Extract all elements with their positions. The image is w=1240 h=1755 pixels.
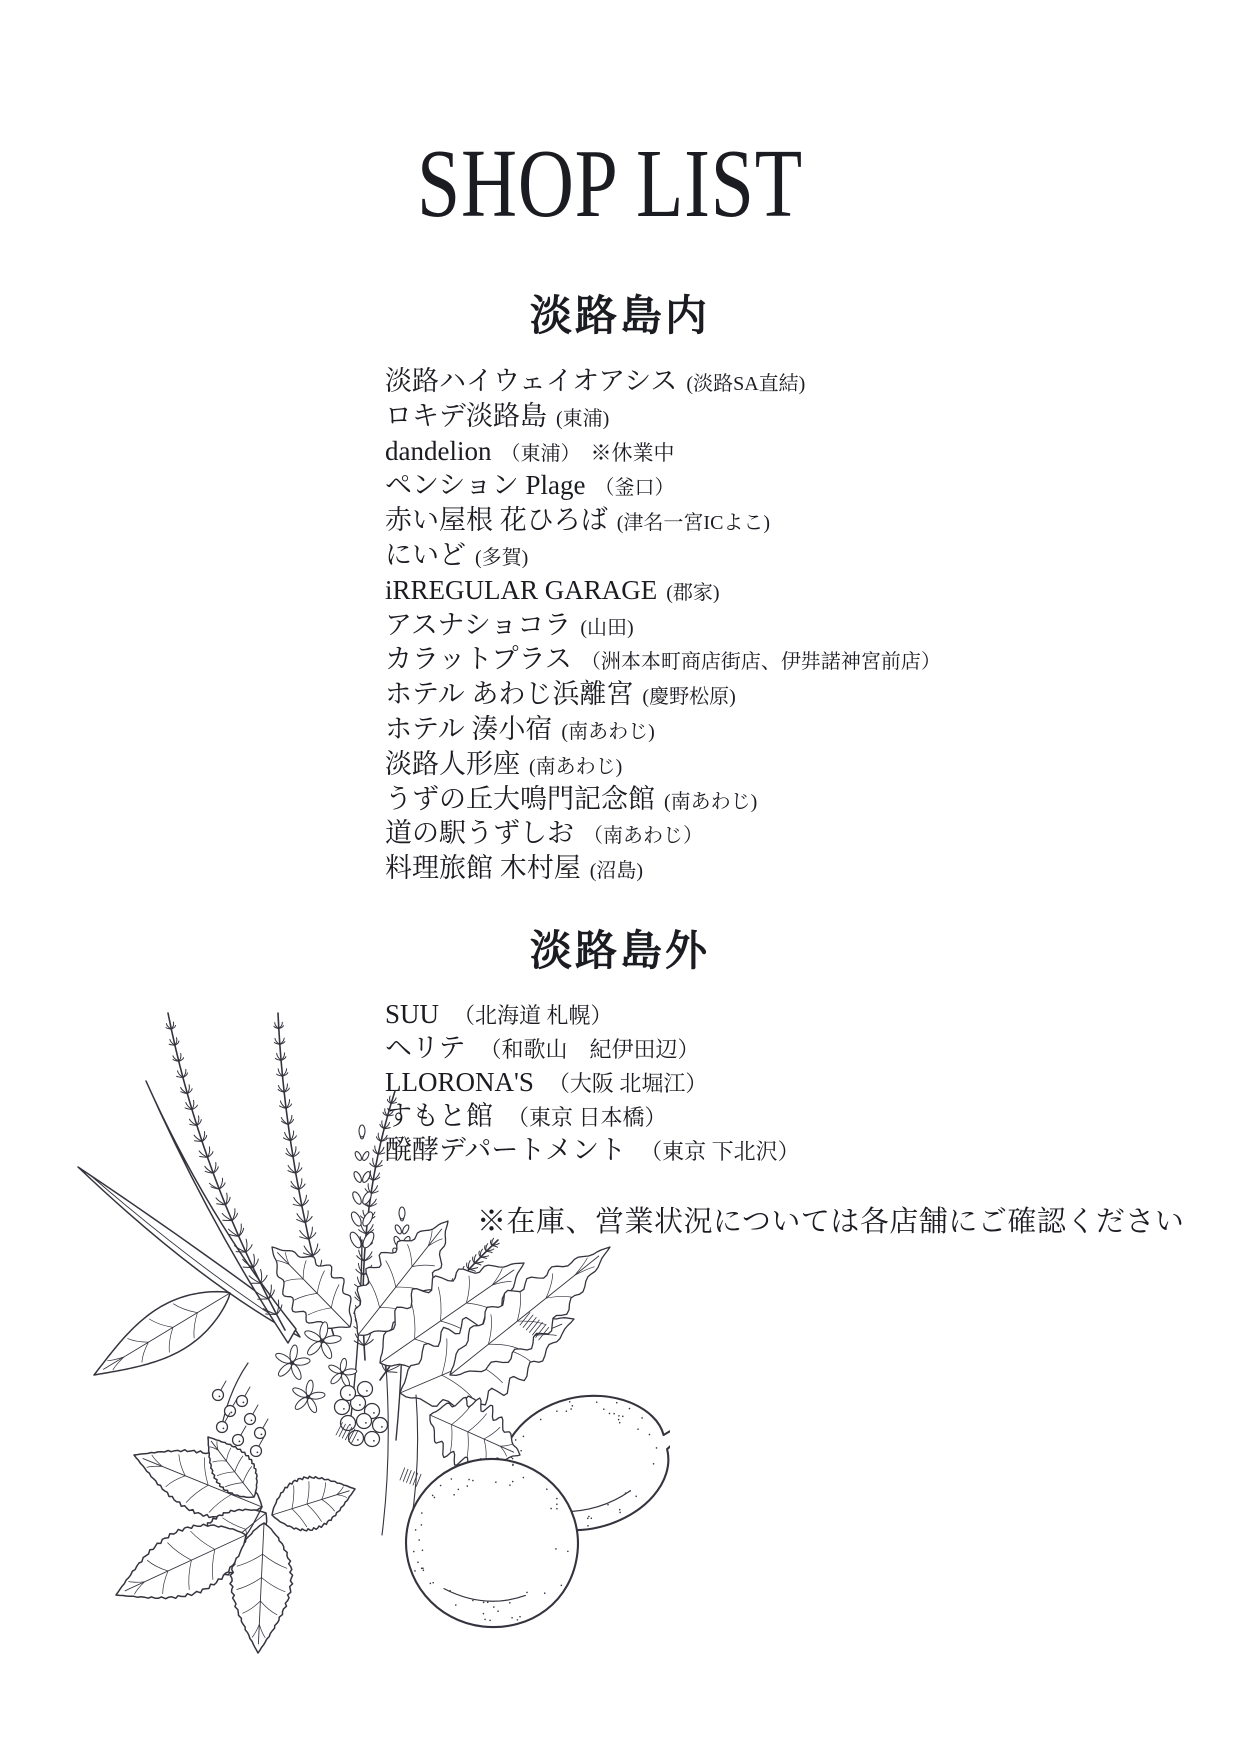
- shop-name: アスナショコラ: [385, 610, 571, 640]
- shop-name: 道の駅うずしお: [385, 818, 574, 848]
- page-title: SHOP LIST: [122, 128, 1098, 239]
- shop-name: ロキデ淡路島: [385, 401, 547, 431]
- shop-location: (南あわじ): [664, 791, 757, 813]
- shop-row: 料理旅館 木村屋(沼島): [385, 851, 941, 886]
- shop-location: （東浦）: [500, 443, 580, 465]
- shop-location: (沼島): [590, 860, 643, 882]
- shop-location: (郡家): [666, 582, 719, 604]
- shop-name: ペンション Plage: [385, 470, 586, 500]
- shop-row: ペンション Plage（釜口）: [385, 468, 941, 503]
- shop-location: (津名一宮ICよこ): [617, 512, 770, 534]
- shop-row: 淡路人形座(南あわじ): [385, 747, 941, 782]
- shop-location: (南あわじ): [561, 721, 654, 743]
- shop-name: ホテル 湊小宿: [385, 714, 552, 744]
- shop-name: 淡路人形座: [385, 749, 520, 779]
- shop-list-page: { "page": { "background": "#ffffff", "in…: [0, 0, 1240, 1755]
- shop-location: （南あわじ）: [583, 825, 703, 847]
- shop-status-note: ※休業中: [590, 441, 674, 465]
- shop-row: iRREGULAR GARAGE(郡家): [385, 573, 941, 608]
- shop-row: カラットプラス（洲本本町商店街店、伊弉諾神宮前店）: [385, 642, 941, 677]
- shop-row: にいど(多賀): [385, 538, 941, 573]
- shop-row: dandelion（東浦）※休業中: [385, 434, 941, 469]
- shop-location: (淡路SA直結): [686, 373, 805, 395]
- shop-row: ロキデ淡路島(東浦): [385, 399, 941, 434]
- shop-location: （釜口）: [595, 477, 675, 499]
- shop-name: iRREGULAR GARAGE: [385, 575, 657, 605]
- shop-row: アスナショコラ(山田): [385, 608, 941, 643]
- shop-row: 淡路ハイウェイオアシス(淡路SA直結): [385, 364, 941, 399]
- shop-name: カラットプラス: [385, 644, 572, 674]
- shop-row: ホテル あわじ浜離宮(慶野松原): [385, 677, 941, 712]
- shop-name: 料理旅館 木村屋: [385, 853, 581, 883]
- shop-location: (多賀): [475, 547, 528, 569]
- shop-row: 赤い屋根 花ひろば(津名一宮ICよこ): [385, 503, 941, 538]
- shop-location: (山田): [580, 617, 633, 639]
- shop-name: にいど: [385, 540, 466, 570]
- shop-location: (南あわじ): [529, 756, 622, 778]
- shop-name: 赤い屋根 花ひろば: [385, 505, 608, 535]
- shop-name: dandelion: [385, 436, 491, 466]
- shop-location: （洲本本町商店街店、伊弉諾神宮前店）: [581, 651, 941, 673]
- shop-location: (慶野松原): [642, 686, 735, 708]
- shop-name: うずの丘大鳴門記念館: [385, 784, 655, 814]
- shop-row: ホテル 湊小宿(南あわじ): [385, 712, 941, 747]
- shop-row: 道の駅うずしお（南あわじ）: [385, 816, 941, 851]
- shop-name: ホテル あわじ浜離宮: [385, 679, 633, 709]
- shop-location: (東浦): [556, 408, 609, 430]
- shop-row: うずの丘大鳴門記念館(南あわじ): [385, 782, 941, 817]
- botanical-illustration: [50, 895, 670, 1665]
- section-heading-on-island: 淡路島内: [0, 283, 1240, 343]
- shop-list-on-island: 淡路ハイウェイオアシス(淡路SA直結) ロキデ淡路島(東浦) dandelion…: [385, 364, 941, 886]
- shop-name: 淡路ハイウェイオアシス: [385, 366, 677, 396]
